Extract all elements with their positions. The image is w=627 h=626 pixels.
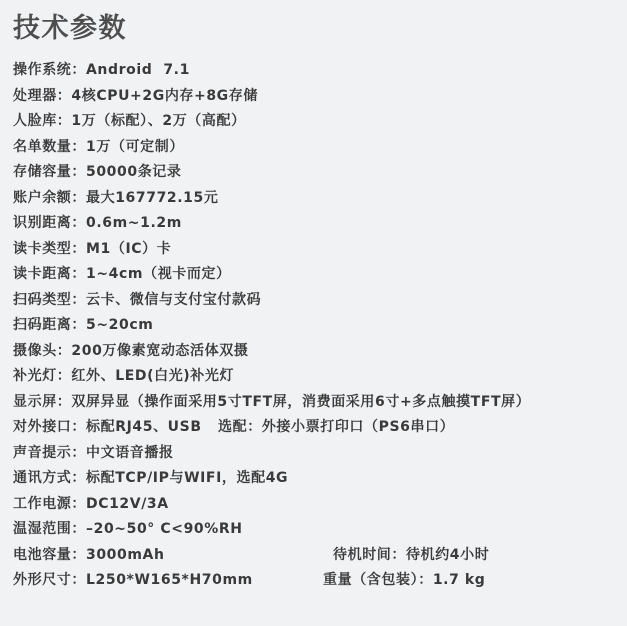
spec-value: 1万（标配）、2万（高配） [71, 113, 245, 129]
spec-label: 电池容量： [13, 547, 86, 563]
spec-value: 云卡、微信与支付宝付款码 [86, 292, 261, 308]
spec-label: 工作电源： [13, 496, 86, 512]
spec-label: 重量（含包装）： [323, 572, 433, 588]
spec-value: 3000mAh [86, 547, 165, 563]
spec-pair: 显示屏：双屏异显（操作面采用5寸TFT屏，消费面采用6寸+多点触摸TFT屏） [13, 394, 530, 410]
spec-label: 摄像头： [13, 343, 71, 359]
spec-pair: 扫码距离：5~20cm [13, 317, 153, 333]
spec-label: 读卡距离： [13, 266, 86, 282]
spec-value: DC12V/3A [86, 496, 169, 512]
spec-row: 声音提示：中文语音播报 [13, 441, 617, 467]
spec-label: 扫码类型： [13, 292, 86, 308]
spec-label: 声音提示： [13, 445, 86, 461]
spec-value: 中文语音播报 [86, 445, 174, 461]
spec-pair: 识别距离：0.6m~1.2m [13, 215, 182, 231]
spec-label: 名单数量： [13, 139, 86, 155]
spec-value: 双屏异显（操作面采用5寸TFT屏，消费面采用6寸+多点触摸TFT屏） [71, 394, 530, 410]
spec-pair: 存储容量：50000条记录 [13, 164, 182, 180]
spec-value: 标配TCP/IP与WIFI，选配4G [86, 470, 288, 486]
spec-row: 操作系统：Android 7.1 [13, 58, 617, 84]
spec-pair: 外形尺寸：L250*W165*H70mm [13, 572, 253, 588]
spec-pair: 操作系统：Android 7.1 [13, 62, 190, 78]
spec-label: 显示屏： [13, 394, 71, 410]
spec-pair: 名单数量：1万（可定制） [13, 139, 184, 155]
spec-label: 人脸库： [13, 113, 71, 129]
spec-pair: 摄像头：200万像素宽动态活体双摄 [13, 343, 248, 359]
spec-row: 识别距离：0.6m~1.2m [13, 211, 617, 237]
spec-label: 存储容量： [13, 164, 86, 180]
spec-row: 名单数量：1万（可定制） [13, 135, 617, 161]
spec-pair: 人脸库：1万（标配）、2万（高配） [13, 113, 246, 129]
spec-label: 待机时间： [333, 547, 406, 563]
spec-sheet: 技术参数 操作系统：Android 7.1处理器：4核CPU+2G内存+8G存储… [0, 0, 627, 594]
spec-pair: 电池容量：3000mAh [13, 547, 165, 563]
spec-row: 读卡距离：1~4cm（视卡而定） [13, 262, 617, 288]
spec-pair: 补光灯：红外、LED(白光)补光灯 [13, 368, 234, 384]
spec-pair: 待机时间：待机约4小时 [333, 543, 489, 569]
spec-pair: 重量（含包装）：1.7 kg [323, 568, 485, 594]
spec-row: 工作电源：DC12V/3A [13, 492, 617, 518]
spec-label: 补光灯： [13, 368, 71, 384]
spec-label: 通讯方式： [13, 470, 86, 486]
spec-label: 外形尺寸： [13, 572, 86, 588]
spec-row: 扫码类型：云卡、微信与支付宝付款码 [13, 288, 617, 314]
spec-value: Android 7.1 [86, 62, 190, 78]
spec-label: 对外接口： [13, 419, 86, 435]
spec-label: 处理器： [13, 88, 71, 104]
spec-label: 扫码距离： [13, 317, 86, 333]
spec-value: 50000条记录 [86, 164, 182, 180]
spec-value: 4核CPU+2G内存+8G存储 [71, 88, 258, 104]
spec-value: 0.6m~1.2m [86, 215, 182, 231]
spec-label: 操作系统： [13, 62, 86, 78]
spec-row: 存储容量：50000条记录 [13, 160, 617, 186]
spec-row: 账户余额：最大167772.15元 [13, 186, 617, 212]
spec-row: 对外接口：标配RJ45、USB 选配：外接小票打印口（PS6串口） [13, 415, 617, 441]
spec-label: 账户余额： [13, 190, 86, 206]
spec-value: M1（IC）卡 [86, 241, 171, 257]
spec-pair: 扫码类型：云卡、微信与支付宝付款码 [13, 292, 261, 308]
spec-value: 200万像素宽动态活体双摄 [71, 343, 248, 359]
spec-value: L250*W165*H70mm [86, 572, 253, 588]
spec-value: 标配RJ45、USB 选配：外接小票打印口（PS6串口） [86, 419, 454, 435]
spec-value: 待机约4小时 [406, 547, 489, 563]
spec-list: 操作系统：Android 7.1处理器：4核CPU+2G内存+8G存储人脸库：1… [13, 58, 617, 594]
spec-row: 外形尺寸：L250*W165*H70mm重量（含包装）：1.7 kg [13, 568, 617, 594]
spec-value: 1万（可定制） [86, 139, 184, 155]
spec-value: 最大167772.15元 [86, 190, 218, 206]
spec-row: 通讯方式：标配TCP/IP与WIFI，选配4G [13, 466, 617, 492]
spec-pair: 对外接口：标配RJ45、USB 选配：外接小票打印口（PS6串口） [13, 419, 454, 435]
spec-row: 摄像头：200万像素宽动态活体双摄 [13, 339, 617, 365]
spec-pair: 读卡类型：M1（IC）卡 [13, 241, 171, 257]
spec-value: 5~20cm [86, 317, 153, 333]
spec-pair: 工作电源：DC12V/3A [13, 496, 169, 512]
spec-pair: 读卡距离：1~4cm（视卡而定） [13, 266, 231, 282]
spec-label: 读卡类型： [13, 241, 86, 257]
spec-row: 电池容量：3000mAh待机时间：待机约4小时 [13, 543, 617, 569]
spec-value: –20~50° C<90%RH [86, 521, 243, 537]
spec-pair: 通讯方式：标配TCP/IP与WIFI，选配4G [13, 470, 288, 486]
spec-row: 温湿范围：–20~50° C<90%RH [13, 517, 617, 543]
spec-label: 识别距离： [13, 215, 86, 231]
spec-row: 显示屏：双屏异显（操作面采用5寸TFT屏，消费面采用6寸+多点触摸TFT屏） [13, 390, 617, 416]
spec-pair: 处理器：4核CPU+2G内存+8G存储 [13, 88, 258, 104]
spec-pair: 温湿范围：–20~50° C<90%RH [13, 521, 243, 537]
spec-label: 温湿范围： [13, 521, 86, 537]
spec-value: 红外、LED(白光)补光灯 [71, 368, 234, 384]
spec-row: 处理器：4核CPU+2G内存+8G存储 [13, 84, 617, 110]
spec-value: 1~4cm（视卡而定） [86, 266, 231, 282]
spec-row: 补光灯：红外、LED(白光)补光灯 [13, 364, 617, 390]
spec-value: 1.7 kg [433, 572, 486, 588]
spec-row: 读卡类型：M1（IC）卡 [13, 237, 617, 263]
spec-row: 人脸库：1万（标配）、2万（高配） [13, 109, 617, 135]
spec-pair: 声音提示：中文语音播报 [13, 445, 174, 461]
spec-row: 扫码距离：5~20cm [13, 313, 617, 339]
page-title: 技术参数 [13, 12, 617, 46]
spec-pair: 账户余额：最大167772.15元 [13, 190, 218, 206]
